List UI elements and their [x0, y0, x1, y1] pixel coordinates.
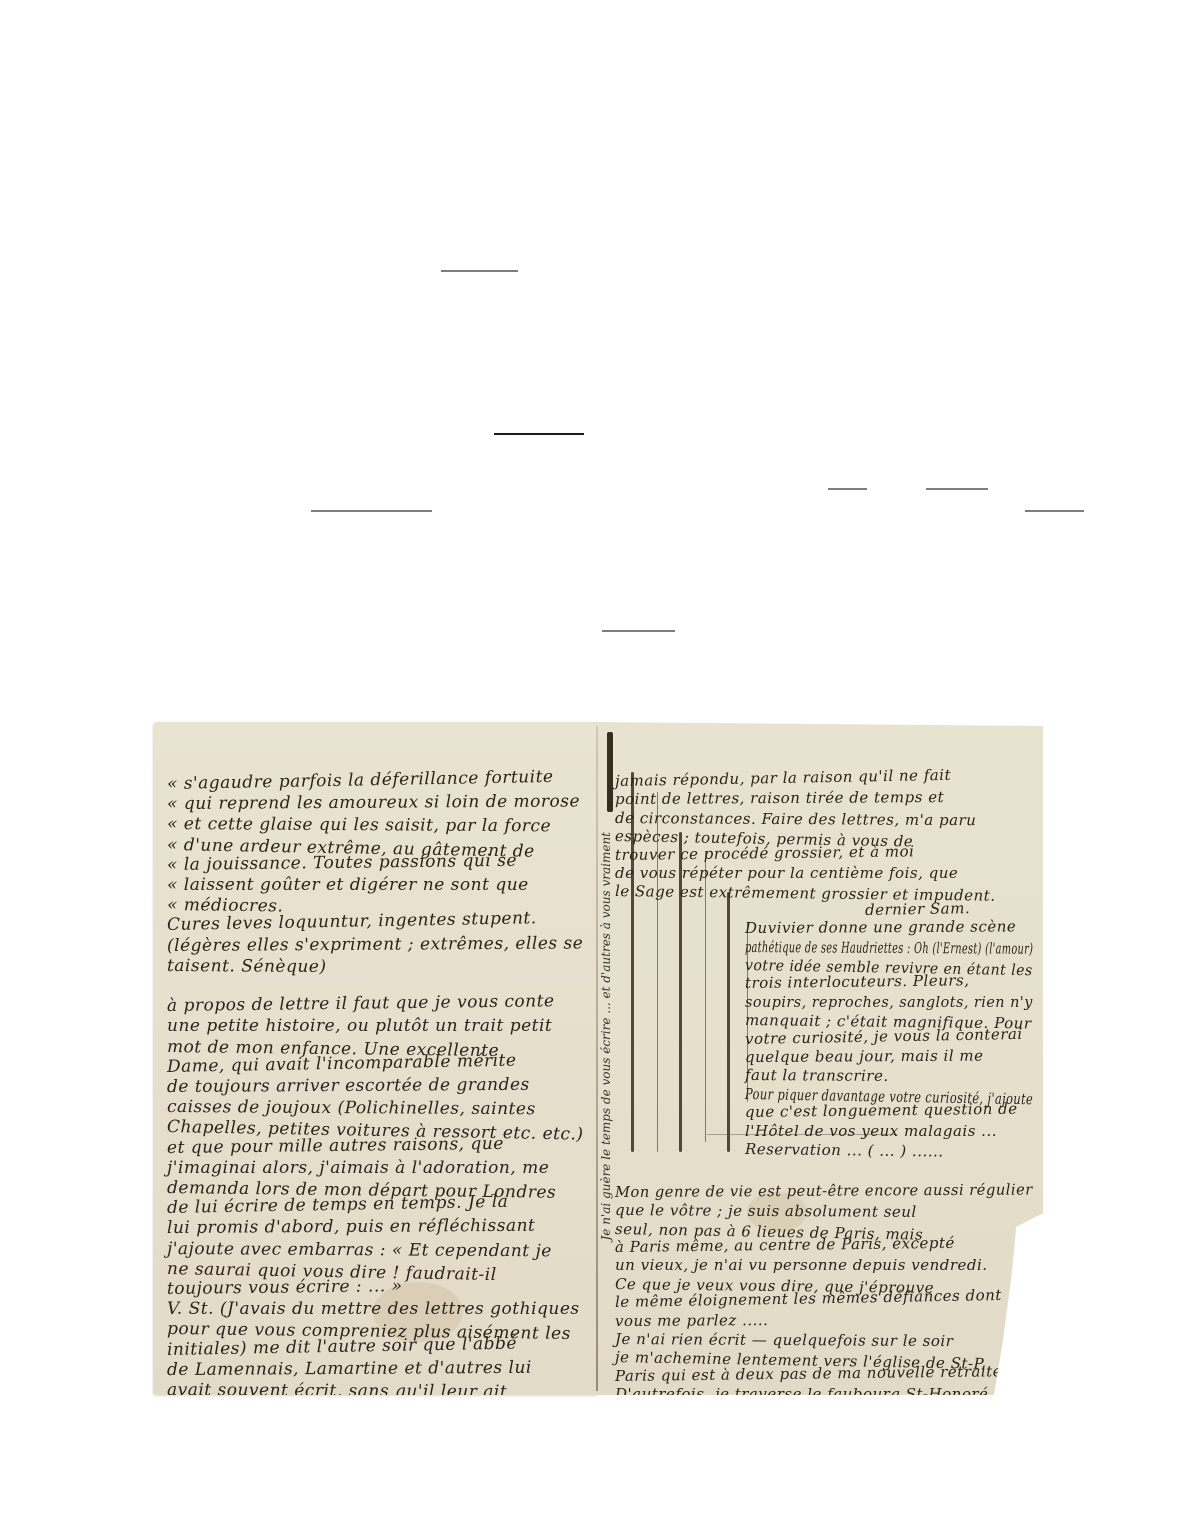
handwritten-line: une petite histoire, ou plutôt un trait … [167, 1016, 552, 1036]
handwritten-line: « la jouissance. Toutes passions qui se [167, 851, 517, 875]
handwritten-line: trouver ce procédé grossier, et à moi [615, 842, 915, 864]
handwritten-line: j'imaginai alors, j'aimais à l'adoration… [167, 1158, 549, 1178]
handwritten-line: « qui reprend les amoureux si loin de mo… [167, 792, 580, 815]
handwritten-line: Paris qui est à deux pas de ma nouvelle … [615, 1362, 1008, 1385]
handwritten-line: « et cette glaise qui les saisit, par la… [167, 814, 551, 836]
handwritten-line: Reservation ... ( ... ) ...... [745, 1140, 944, 1160]
manuscript-left-page: « s'agaudre parfois la déferillance fort… [153, 722, 597, 1395]
horizontal-rule [828, 488, 867, 490]
horizontal-rule [441, 270, 518, 272]
handwritten-line: avait souvent écrit, sans qu'il leur ait [167, 1380, 507, 1395]
handwritten-line: de toujours arriver escortée de grandes [167, 1075, 530, 1097]
handwritten-line: Je n'ai rien écrit — quelquefois sur le … [615, 1330, 954, 1350]
handwritten-line: de Lamennais, Lamartine et d'autres lui [167, 1358, 532, 1380]
handwritten-line: et que pour mille autres raisons, que [167, 1133, 504, 1157]
handwritten-line: l'Hôtel de vos yeux malagais ... [745, 1122, 997, 1140]
handwritten-line: « laissent goûter et digérer ne sont que [167, 875, 529, 895]
handwritten-line: toujours vous écrire : ... » [167, 1276, 403, 1299]
handwritten-line: que le vôtre ; je suis absolument seul [615, 1201, 917, 1221]
handwritten-line: point de lettres, raison tirée de temps … [615, 788, 944, 808]
handwritten-line: Duvivier donne une grande scène [745, 918, 1016, 938]
handwritten-line: caisses de joujoux (Polichinelles, saint… [167, 1097, 536, 1119]
ink-stroke [727, 892, 730, 1152]
horizontal-rule [494, 433, 584, 435]
handwritten-line: à propos de lettre il faut que je vous c… [167, 991, 555, 1016]
handwritten-line: taisent. Sénèque) [167, 956, 327, 977]
handwritten-line: quelque beau jour, mais il me [745, 1047, 984, 1066]
horizontal-rule [602, 630, 675, 632]
page-fold [596, 726, 598, 1391]
handwritten-line: vous me parlez ..... [615, 1311, 769, 1330]
horizontal-rule [1025, 510, 1084, 512]
handwritten-line: V. St. (J'avais du mettre des lettres go… [167, 1299, 580, 1319]
handwritten-line: de vous répéter pour la centième fois, q… [615, 864, 958, 882]
handwritten-line: de circonstances. Faire des lettres, m'a… [615, 809, 976, 829]
handwritten-line: un vieux, je n'ai vu personne depuis ven… [615, 1256, 988, 1274]
handwritten-line: faut la transcrire. [745, 1066, 889, 1085]
handwritten-line: Mon genre de vie est peut-être encore au… [615, 1180, 1033, 1201]
horizontal-rule [926, 488, 988, 490]
margin-note: Je n'ai guère le temps de vous écrire ..… [599, 832, 613, 1241]
handwritten-line: lui promis d'abord, puis en réfléchissan… [167, 1216, 535, 1238]
handwritten-line: à Paris même, au centre de Paris, except… [615, 1234, 955, 1256]
handwritten-line: trois interlocuteurs. Pleurs, [745, 972, 970, 993]
handwritten-line: soupirs, reproches, sanglots, rien n'y [745, 993, 1033, 1011]
handwritten-line: (légères elles s'expriment ; extrêmes, e… [167, 933, 583, 956]
manuscript-right-page: Je n'ai guère le temps de vous écrire ..… [597, 722, 1043, 1395]
horizontal-rule [311, 510, 432, 512]
manuscript-letter-image: « s'agaudre parfois la déferillance fort… [153, 722, 1043, 1395]
handwritten-line: que c'est longuement question de [745, 1100, 1018, 1121]
handwritten-line: D'autrefois, je traverse le faubourg St-… [615, 1385, 994, 1395]
ink-stroke [607, 732, 613, 812]
handwritten-line: pathétique de ses Haudriettes : Oh (l'Er… [745, 938, 1033, 958]
handwritten-line: j'ajoute avec embarras : « Et cependant … [167, 1239, 552, 1261]
handwritten-line: « s'agaudre parfois la déferillance fort… [167, 767, 554, 794]
handwritten-line: dernier Sam. [865, 899, 970, 919]
